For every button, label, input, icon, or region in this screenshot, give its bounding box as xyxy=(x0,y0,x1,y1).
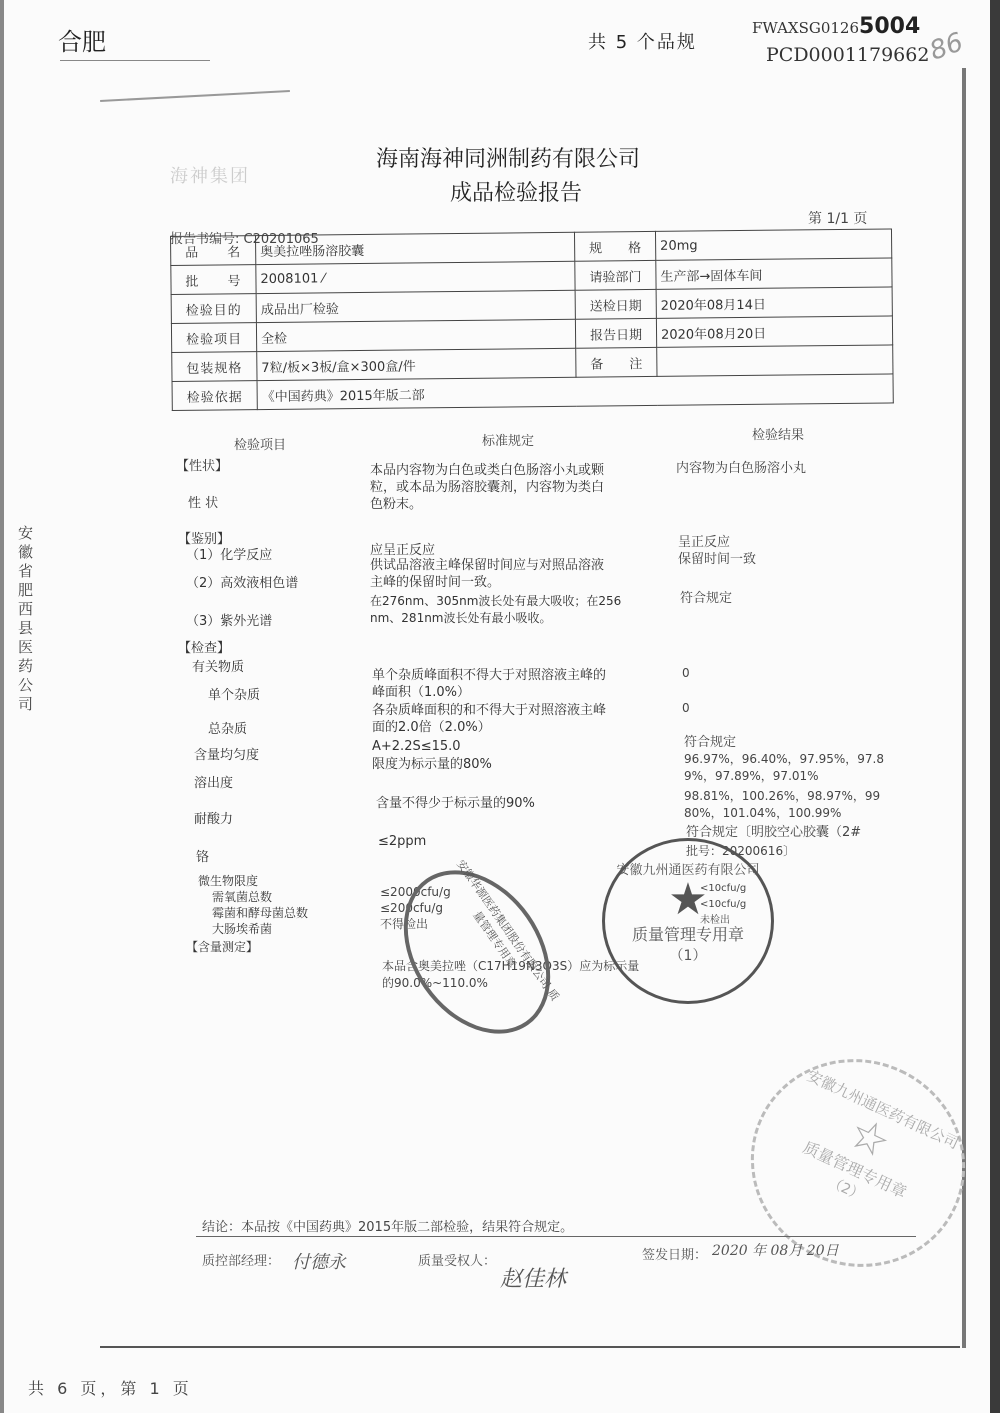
issue-date-value: 2020 年 08月 20日 xyxy=(712,1240,839,1260)
divider xyxy=(100,1346,960,1348)
item-related: 有关物质 xyxy=(192,656,244,675)
std-uv: 在276nm、305nm波长处有最大吸收；在256 nm、281nm波长处有最小… xyxy=(370,593,621,627)
info-label: 包装规格 xyxy=(172,352,257,382)
info-value: 2020年08月14日 xyxy=(656,287,892,318)
info-table: 品 名奥美拉唑肠溶胶囊规 格20mg批 号2008101 ⁄请验部门生产部→固体… xyxy=(170,228,894,411)
info-label: 送检日期 xyxy=(575,289,656,319)
col-result-header: 检验结果 xyxy=(752,424,804,443)
std-line: 在276nm、305nm波长处有最大吸收；在256 xyxy=(370,593,621,610)
item-uv: （3）紫外光谱 xyxy=(186,610,272,629)
res-line: 9%，97.89%，97.01% xyxy=(684,768,884,785)
item-aerobic: 需氧菌总数 xyxy=(212,888,272,905)
company-logo: 海神集团 xyxy=(170,162,250,188)
section-appearance: 【性状】 xyxy=(176,455,228,474)
item-total-impurity: 总杂质 xyxy=(208,718,247,737)
page-indicator: 第 1/1 页 xyxy=(808,208,867,228)
res-chem: 呈正反应 xyxy=(678,534,730,551)
item-hplc: （2）高效液相色谱 xyxy=(186,572,298,591)
divider xyxy=(100,90,290,102)
item-chromium: 铬 xyxy=(196,846,209,865)
info-label: 请验部门 xyxy=(575,260,656,290)
report-title: 成品检验报告 xyxy=(450,176,582,207)
scan-right-edge xyxy=(990,0,1000,1413)
res-line: 80%，101.04%，100.99% xyxy=(684,805,880,822)
qc-manager-label: 质控部经理： xyxy=(202,1250,280,1269)
info-label: 检验目的 xyxy=(171,294,256,324)
divider xyxy=(196,1236,916,1237)
handwritten-mark: 86 xyxy=(926,27,967,67)
res-uniformity: 符合规定 96.97%，96.40%，97.95%，97.8 9%，97.89%… xyxy=(684,734,884,785)
stamp-number: （1） xyxy=(605,945,771,965)
info-label: 报告日期 xyxy=(575,318,656,348)
item-acid-resistance: 耐酸力 xyxy=(194,808,233,827)
conclusion-text: 结论：本品按《中国药典》2015年版二部检验，结果符合规定。 xyxy=(202,1216,573,1235)
item-uniformity: 含量均匀度 xyxy=(194,744,259,763)
res-line: 98.81%，100.26%，98.97%，99 xyxy=(684,788,880,805)
res-uv: 符合规定 xyxy=(680,590,732,607)
std-single-impurity: 单个杂质峰面积不得大于对照溶液主峰的 峰面积（1.0%） xyxy=(372,667,606,701)
res-appearance: 内容物为白色肠溶小丸 xyxy=(676,460,806,477)
issue-date-label: 签发日期： xyxy=(642,1244,707,1263)
basis-value: 《中国药典》2015年版二部 xyxy=(257,374,893,410)
std-hplc: 供试品溶液主峰保留时间应与对照品溶液 主峰的保留时间一致。 xyxy=(370,557,604,591)
std-line: 各杂质峰面积的和不得大于对照溶液主峰 xyxy=(372,702,606,719)
std-line: 本品内容物为白色或类白色肠溶小丸或颗 xyxy=(370,462,604,479)
res-dissolution: 98.81%，100.26%，98.97%，99 80%，101.04%，100… xyxy=(684,788,880,822)
star-icon: ★ xyxy=(605,878,771,922)
page-footer: 共 6 页，第 1 页 xyxy=(28,1376,193,1399)
res-total-impurity: 0 xyxy=(682,700,690,717)
std-dissolution: 限度为标示量的80% xyxy=(372,756,492,773)
res-single-impurity: 0 xyxy=(682,665,690,682)
item-dissolution: 溶出度 xyxy=(194,772,233,791)
tracking-code: FWAXSG01265004 xyxy=(752,14,920,39)
info-label: 备 注 xyxy=(576,347,657,377)
item-chem: （1）化学反应 xyxy=(186,544,272,563)
col-item-header: 检验项目 xyxy=(234,434,286,453)
info-label: 批 号 xyxy=(171,265,256,295)
qa-person-label: 质量受权人： xyxy=(418,1250,496,1269)
divider xyxy=(60,60,210,61)
std-line: 色粉末。 xyxy=(370,496,604,513)
city-label: 合肥 xyxy=(58,22,106,57)
item-microbial: 微生物限度 xyxy=(198,872,258,889)
info-value: 7粒/板×3板/盒×300盒/件 xyxy=(257,348,576,380)
basis-label: 检验依据 xyxy=(172,381,257,411)
code-suffix: 5004 xyxy=(859,14,920,39)
section-tests: 【检查】 xyxy=(178,637,230,656)
qc-manager-signature: 付德永 xyxy=(292,1248,346,1274)
col-standard-header: 标准规定 xyxy=(482,430,534,449)
company-name: 海南海神同洲制药有限公司 xyxy=(376,142,640,173)
std-line: 面的2.0倍（2.0%） xyxy=(372,719,606,736)
std-line: nm、281nm波长处有最小吸收。 xyxy=(370,610,621,627)
tracking-code-2: PCD0001179662 xyxy=(766,44,929,66)
std-acid-resistance: 含量不得少于标示量的90% xyxy=(376,795,535,812)
info-label: 规 格 xyxy=(574,231,655,261)
stamp-text: 质量管理专用章 xyxy=(605,922,771,945)
res-hplc: 保留时间一致 xyxy=(678,551,756,568)
oval-seal-stamp: 安徽华源医药集团股份有限公司 质量管理专用章 xyxy=(374,842,581,1061)
section-assay: 【含量测定】 xyxy=(186,938,258,955)
quality-seal-stamp-2: 安徽九州通医药有限公司 ☆ 质量管理专用章 （2） xyxy=(717,1024,1000,1302)
res-line: 符合规定 xyxy=(684,734,884,751)
std-line: 单个杂质峰面积不得大于对照溶液主峰的 xyxy=(372,667,606,684)
table-row: 检验依据 《中国药典》2015年版二部 xyxy=(172,374,893,411)
info-value: 奥美拉唑肠溶胶囊 xyxy=(256,232,575,264)
info-value: 2020年08月20日 xyxy=(656,316,892,347)
item-single-impurity: 单个杂质 xyxy=(208,684,260,703)
item-ecoli: 大肠埃希菌 xyxy=(212,920,272,937)
info-label: 检验项目 xyxy=(171,323,256,353)
res-line: 96.97%，96.40%，97.95%，97.8 xyxy=(684,751,884,768)
info-value: 20mg xyxy=(655,229,891,260)
stamp-text: 安徽华源医药集团股份有限公司 质量管理专用章 xyxy=(440,856,564,1014)
std-total-impurity: 各杂质峰面积的和不得大于对照溶液主峰 面的2.0倍（2.0%） xyxy=(372,702,606,736)
info-label: 品 名 xyxy=(171,236,256,266)
info-value: 生产部→固体车间 xyxy=(656,258,892,289)
item-mold: 霉菌和酵母菌总数 xyxy=(212,904,308,921)
std-line: 供试品溶液主峰保留时间应与对照品溶液 xyxy=(370,557,604,574)
code-prefix: FWAXSG0126 xyxy=(752,19,859,37)
spec-count: 共 5 个品规 xyxy=(588,28,697,54)
scan-left-edge xyxy=(0,0,4,1413)
item-appearance: 性 状 xyxy=(188,492,218,511)
info-value xyxy=(657,345,893,376)
std-line: 粒，或本品为肠溶胶囊剂，内容物为类白 xyxy=(370,479,604,496)
std-chromium: ≤2ppm xyxy=(378,833,426,850)
std-line: 主峰的保留时间一致。 xyxy=(370,574,604,591)
side-company-text: 安徽省肥西县医药公司 xyxy=(18,524,36,714)
res-acid-resistance: 符合规定〔明胶空心胶囊（2# xyxy=(686,824,861,841)
std-line: 峰面积（1.0%） xyxy=(372,684,606,701)
quality-seal-stamp-1: 安徽九州通医药有限公司 ★ 质量管理专用章 （1） xyxy=(602,838,774,1004)
info-value: 成品出厂检验 xyxy=(256,290,575,322)
std-uniformity: A+2.2S≤15.0 xyxy=(372,738,461,755)
info-value: 全检 xyxy=(256,319,575,351)
qa-person-signature: 赵佳林 xyxy=(500,1262,566,1293)
std-appearance: 本品内容物为白色或类白色肠溶小丸或颗 粒，或本品为肠溶胶囊剂，内容物为类白 色粉… xyxy=(370,462,604,513)
info-value: 2008101 ⁄ xyxy=(256,261,575,293)
